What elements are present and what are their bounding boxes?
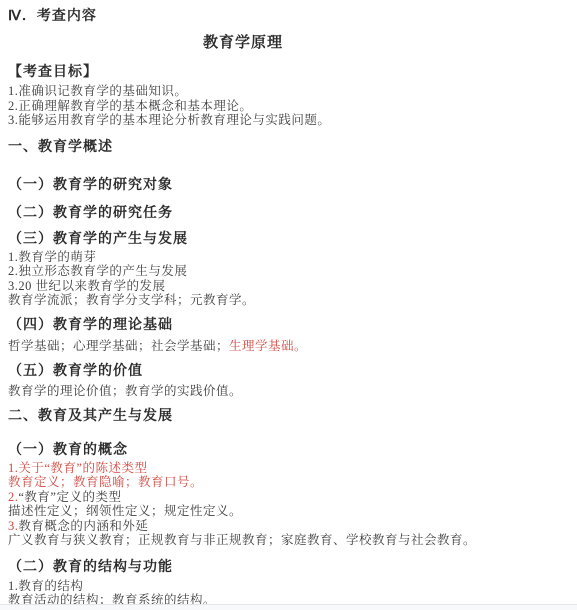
item2-number: 2.: [8, 490, 18, 504]
chapter2-section2-item1: 1.教育的结构: [8, 579, 577, 594]
objective-item-3: 3.能够运用教育学的基本理论分析教育理论与实践问题。: [8, 113, 577, 128]
exam-syllabus-page: Ⅳ．考查内容 教育学原理 【考查目标】 1.准确识记教育学的基础知识。 2.正确…: [0, 0, 577, 608]
chapter1-heading: 一、教育学概述: [8, 137, 577, 155]
objective-item-1: 1.准确识记教育学的基础知识。: [8, 84, 577, 99]
chapter2-section1-item1-detail: 教育定义；教育隐喻；教育口号。: [8, 475, 577, 490]
chapter1-section3-line-2: 2.独立形态教育学的产生与发展: [8, 264, 577, 279]
objectives-heading: 【考查目标】: [8, 62, 577, 80]
chapter1-section4-heading: （四）教育学的理论基础: [8, 315, 577, 333]
chapter2-heading: 二、教育及其产生与发展: [8, 406, 577, 424]
item2-title-text: “教育”定义的类型: [18, 490, 121, 504]
chapter2-section1-item3-title: 3.教育概念的内涵和外延: [8, 519, 577, 534]
chapter1-section2-heading: （二）教育学的研究任务: [8, 203, 577, 221]
page-bottom-strip: [0, 605, 577, 610]
chapter1-section5-line: 教育学的理论价值；教育学的实践价值。: [8, 384, 577, 399]
objective-item-2: 2.正确理解教育学的基本概念和基本理论。: [8, 99, 577, 114]
chapter2-section1-item3-detail: 广义教育与狭义教育；正规教育与非正规教育；家庭教育、学校教育与社会教育。: [8, 533, 577, 548]
chapter2-section2-heading: （二）教育的结构与功能: [8, 557, 577, 575]
item3-title-text: 教育概念的内涵和外延: [18, 519, 148, 533]
section4-line-red-part: 生理学基础。: [229, 339, 307, 353]
chapter2-section1-heading: （一）教育的概念: [8, 440, 577, 458]
chapter1-section4-line: 哲学基础；心理学基础；社会学基础；生理学基础。: [8, 339, 577, 354]
section-kicker: Ⅳ．考查内容: [8, 6, 577, 24]
chapter1-section5-heading: （五）教育学的价值: [8, 361, 577, 379]
item3-number: 3.: [8, 519, 18, 533]
chapter2-section1-item2-detail: 描述性定义；纲领性定义；规定性定义。: [8, 504, 577, 519]
chapter1-section3-line-1: 1.教育学的萌芽: [8, 250, 577, 265]
chapter2-section1-item2-title: 2.“教育”定义的类型: [8, 490, 577, 505]
chapter1-section1-heading: （一）教育学的研究对象: [8, 175, 577, 193]
chapter1-section3-heading: （三）教育学的产生与发展: [8, 229, 577, 247]
section4-line-black-part: 哲学基础；心理学基础；社会学基础；: [8, 339, 229, 353]
chapter1-section3-line-4: 教育学流派；教育学分支学科；元教育学。: [8, 293, 577, 308]
document-title: 教育学原理: [8, 33, 478, 53]
chapter2-section1-item1-title: 1.关于“教育”的陈述类型: [8, 461, 577, 476]
chapter1-section3-line-3: 3.20 世纪以来教育学的发展: [8, 279, 577, 294]
